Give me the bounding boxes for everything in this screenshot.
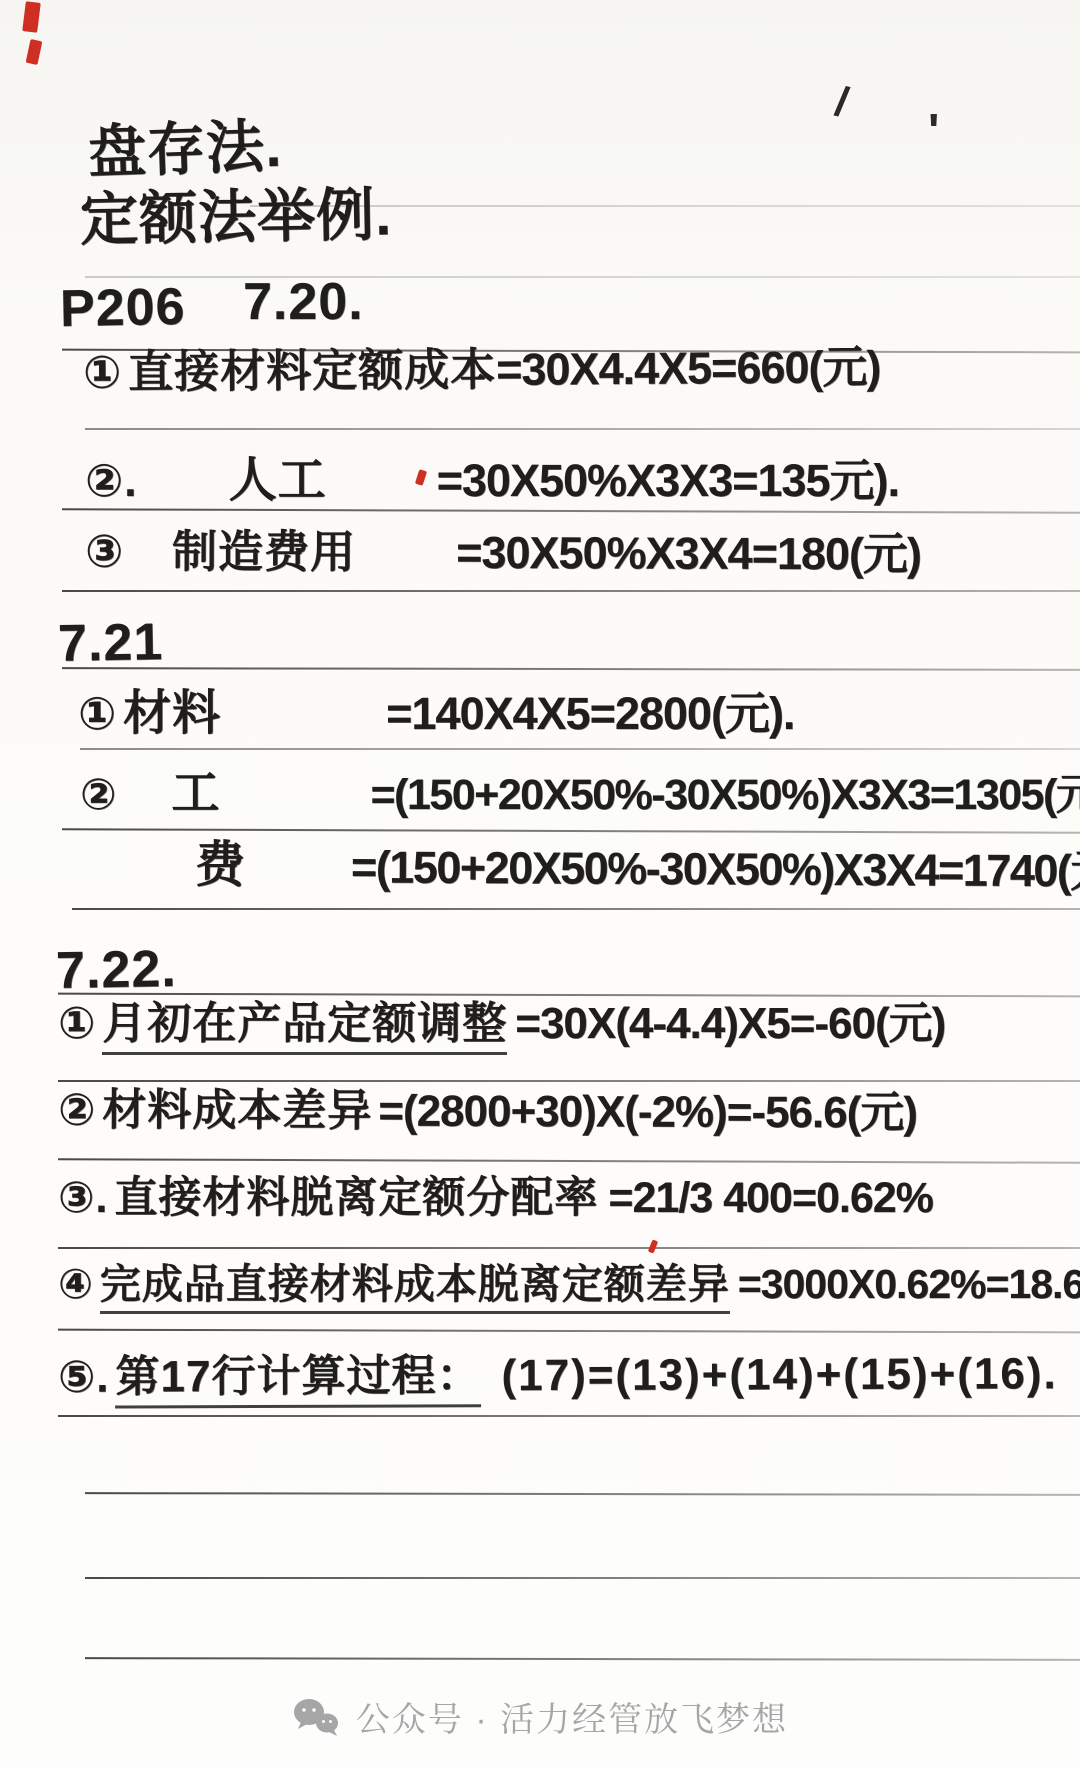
red-edge-mark xyxy=(26,39,43,65)
item-formula: =(150+20X50%-30X50%)X3X4=1740(元 xyxy=(351,842,1080,895)
item-label: 制造费用 xyxy=(172,527,356,577)
ruled-line xyxy=(62,590,1080,592)
item-label: 月初在产品定额调整 xyxy=(102,1000,507,1055)
ruled-line xyxy=(85,276,1080,278)
ruled-line xyxy=(62,508,1080,514)
item-label: 直接材料脱离定额分配率 xyxy=(114,1175,598,1222)
note-line-720-item1: ①直接材料定额成本=30X4.4X5=660(元) xyxy=(83,342,881,397)
item-number: ②. xyxy=(85,456,138,506)
item-number: ② xyxy=(80,772,117,819)
item-number: ① xyxy=(78,689,117,739)
ruled-line xyxy=(58,1080,1080,1082)
ruled-line xyxy=(85,428,1080,430)
footer-watermark: 公众号 · 活力经管放飞梦想 xyxy=(0,1692,1080,1741)
ruled-line xyxy=(58,1415,1080,1417)
note-line-722-item5: ⑤.第17行计算过程：(17)=(13)+(14)+(15)+(16). xyxy=(58,1350,1058,1409)
item-number: ④ xyxy=(58,1262,94,1307)
ruled-line xyxy=(58,1247,1080,1249)
item-formula: =30X50%X3X4=180(元) xyxy=(456,528,921,579)
item-number: ③. xyxy=(58,1175,108,1222)
ruled-line xyxy=(85,1657,1080,1661)
item-label: 材料 xyxy=(123,688,221,741)
ruled-line xyxy=(58,1329,1080,1334)
ruled-line xyxy=(58,1158,1080,1164)
item-label: 直接材料定额成本 xyxy=(128,345,496,397)
note-title-method: 盘存法. xyxy=(87,115,283,186)
wechat-icon xyxy=(292,1697,342,1737)
item-number: ① xyxy=(83,348,122,398)
ruled-line xyxy=(58,993,1080,998)
item-number: ⑤. xyxy=(58,1354,110,1403)
item-formula: =30X50%X3X3=135元). xyxy=(437,456,899,506)
ruled-line xyxy=(85,1577,1080,1579)
item-number: ③ xyxy=(85,527,124,577)
item-label: 工 xyxy=(171,768,220,821)
note-line-722-item3: ③.直接材料脱离定额分配率=21/3 400=0.62% xyxy=(58,1175,933,1222)
note-line-721-item2: ②工=(150+20X50%-30X50%)X3X3=1305(元, xyxy=(80,768,1080,821)
stray-pen-mark: ' xyxy=(928,104,939,159)
page-reference: P206 xyxy=(60,279,186,338)
item-formula: =30X4.4X5=660(元) xyxy=(496,342,881,394)
note-line-722-item2: ②材料成本差异=(2800+30)X(-2%)=-56.6(元) xyxy=(58,1087,917,1138)
item-formula: =(150+20X50%-30X50%)X3X3=1305(元, xyxy=(370,772,1080,819)
problem-number-720: 7.20. xyxy=(243,274,364,331)
ruled-line xyxy=(85,1492,1080,1496)
item-formula: =3000X0.62%=18.6(元 xyxy=(738,1262,1080,1307)
item-formula: =30X(4-4.4)X5=-60(元) xyxy=(515,1000,945,1048)
note-line-720-item2: ②.人工=30X50%X3X3=135元). xyxy=(85,455,899,508)
item-label: 完成品直接材料成本脱离定额差异 xyxy=(100,1262,730,1314)
item-formula: (17)=(13)+(14)+(15)+(16). xyxy=(501,1350,1057,1400)
stray-pen-mark: / xyxy=(831,77,852,126)
ruled-line xyxy=(62,828,1080,834)
note-line-720-item3: ③制造费用=30X50%X3X4=180(元) xyxy=(85,527,921,579)
note-line-721-item3: 费=(150+20X50%-30X50%)X3X4=1740(元 xyxy=(195,838,1080,898)
item-number: ① xyxy=(58,1000,96,1048)
note-line-721-item1: ①材料=140X4X5=2800(元). xyxy=(78,688,794,741)
note-line-722-item1: ①月初在产品定额调整=30X(4-4.4)X5=-60(元) xyxy=(58,1000,945,1055)
ruled-line xyxy=(72,908,1080,910)
note-title-example: 定额法举例. xyxy=(79,183,392,252)
note-line-722-item4: ④完成品直接材料成本脱离定额差异=3000X0.62%=18.6(元 xyxy=(58,1262,1080,1314)
problem-number-721: 7.21 xyxy=(58,614,164,673)
item-label: 费 xyxy=(195,838,246,893)
red-tick-mark xyxy=(648,1239,658,1253)
item-label: 人工 xyxy=(229,455,327,508)
ruled-line xyxy=(80,748,1080,750)
ruled-line xyxy=(62,667,1080,671)
notebook-photo: / ' 盘存法. 定额法举例. P206 7.20. ①直接材料定额成本=30X… xyxy=(0,0,1080,1767)
red-edge-mark xyxy=(22,1,41,33)
item-formula: =21/3 400=0.62% xyxy=(608,1175,933,1222)
item-label: 材料成本差异 xyxy=(102,1087,372,1136)
item-formula: =140X4X5=2800(元). xyxy=(386,689,794,739)
item-number: ② xyxy=(58,1087,96,1136)
item-label: 第17行计算过程： xyxy=(115,1352,481,1409)
footer-account-text: 公众号 · 活力经管放飞梦想 xyxy=(356,1692,788,1741)
problem-number-722: 7.22. xyxy=(56,941,178,1000)
item-formula: =(2800+30)X(-2%)=-56.6(元) xyxy=(378,1088,917,1138)
